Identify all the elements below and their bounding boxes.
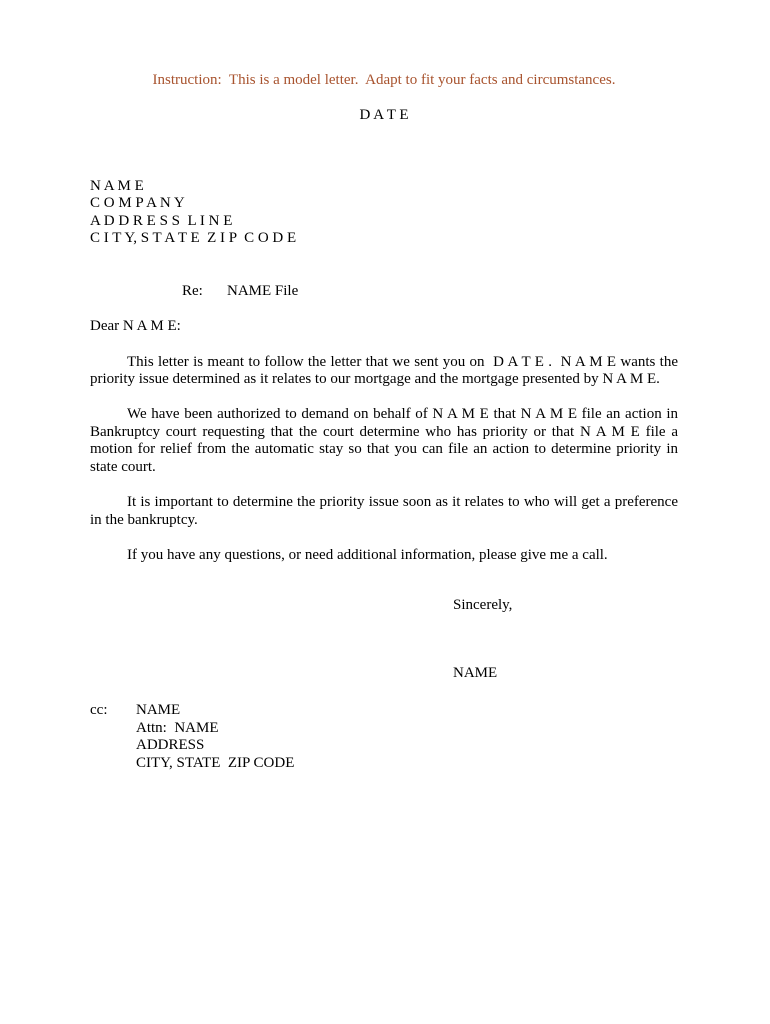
instruction-note: Instruction: This is a model letter. Ada…: [90, 72, 678, 90]
cc-label: cc:: [90, 702, 136, 720]
cc-block: cc: NAME Attn: NAME ADDRESS CITY, STATE …: [90, 702, 678, 772]
recipient-address-block: N A M E C O M P A N Y A D D R E S S L I …: [90, 178, 678, 248]
body-paragraph-4: If you have any questions, or need addit…: [90, 547, 678, 565]
signature-name: NAME: [90, 665, 678, 683]
valediction: Sincerely,: [90, 597, 678, 615]
recipient-city-state-zip-line: C I T Y, S T A T E Z I P C O D E: [90, 230, 678, 248]
salutation: Dear N A M E:: [90, 318, 678, 336]
cc-attn-line: Attn: NAME: [136, 720, 678, 738]
body-paragraph-1: This letter is meant to follow the lette…: [90, 354, 678, 389]
re-line: Re:NAME File: [90, 283, 678, 301]
recipient-name-line: N A M E: [90, 178, 678, 196]
body-paragraph-2: We have been authorized to demand on beh…: [90, 406, 678, 476]
re-value: NAME File: [227, 283, 298, 299]
recipient-company-line: C O M P A N Y: [90, 195, 678, 213]
date-placeholder: D A T E: [90, 107, 678, 125]
body-paragraph-3: It is important to determine the priorit…: [90, 494, 678, 529]
cc-name-line: NAME: [136, 702, 678, 720]
cc-city-state-zip-line: CITY, STATE ZIP CODE: [136, 755, 678, 773]
letter-page: Instruction: This is a model letter. Ada…: [0, 0, 770, 1024]
recipient-address-line: A D D R E S S L I N E: [90, 213, 678, 231]
cc-recipient-block: NAME Attn: NAME ADDRESS CITY, STATE ZIP …: [136, 702, 678, 772]
cc-address-line: ADDRESS: [136, 737, 678, 755]
re-label: Re:: [182, 283, 227, 301]
